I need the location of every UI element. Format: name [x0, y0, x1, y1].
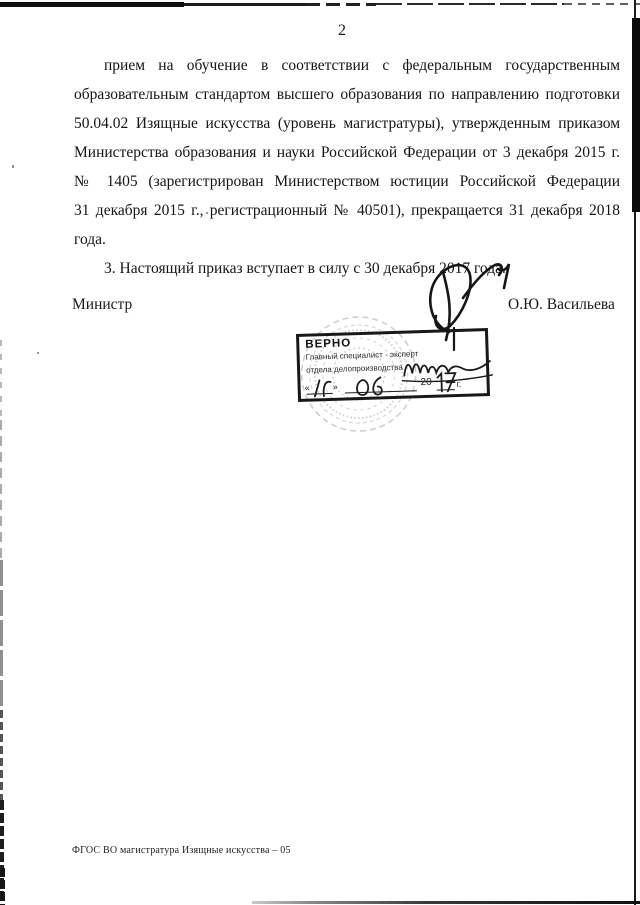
signer-position-title: Министр: [72, 296, 132, 314]
scan-border-bottom: [252, 901, 640, 904]
body-line-text: прием на обучение в соответствии с федер…: [104, 57, 620, 74]
handwritten-month: [352, 374, 387, 397]
body-line: прием на обучение в соответствии с федер…: [74, 51, 620, 80]
body-line: образовательным стандартом высшего образ…: [74, 80, 620, 109]
date-open-quote: «: [305, 383, 310, 393]
stamp-officer-title: отдела делопроизводства: [306, 363, 403, 375]
scan-border-right: [632, 18, 640, 212]
scanned-document-page: 2 прием на обучение в соответствии с фед…: [0, 0, 640, 905]
page-number: 2: [338, 22, 346, 40]
date-century-printed: 20: [420, 377, 431, 388]
stamp-certified-label: ВЕРНО: [305, 337, 351, 350]
scan-border-top: [0, 2, 184, 7]
scan-border-top: [564, 3, 640, 5]
document-body: прием на обучение в соответствии с федер…: [74, 51, 620, 283]
body-paragraph: 3. Настоящий приказ вступает в силу с 30…: [74, 254, 620, 283]
body-line: № 1405 (зарегистрирован Министерством юс…: [74, 167, 620, 196]
handwritten-year: [434, 370, 459, 395]
body-line: 31 декабря 2015 г., регистрационный № 40…: [74, 196, 620, 254]
date-close-quote: »: [333, 382, 338, 392]
scan-border-left: [0, 710, 3, 800]
scan-speck: [37, 352, 39, 354]
scan-border-top: [184, 3, 306, 6]
body-line: 50.04.02 Изящные искусства (уровень маги…: [74, 109, 620, 138]
handwritten-day: [310, 378, 333, 399]
certification-stamp-box: ВЕРНО Главный специалист - эксперт отдел…: [296, 328, 490, 402]
signer-name: О.Ю. Васильева: [508, 296, 615, 314]
scan-border-corner: [0, 868, 5, 905]
scan-border-top: [376, 3, 564, 5]
scan-border-left: [0, 420, 2, 560]
scan-border-top: [306, 3, 376, 6]
body-line: Министерства образования и науки Российс…: [74, 138, 620, 167]
scan-speck: [12, 165, 14, 168]
document-footer-code: ФГОС ВО магистратура Изящные искусства –…: [72, 845, 291, 856]
date-year-suffix: г.: [456, 379, 461, 389]
scan-border-left: [0, 340, 2, 420]
scan-border-left: [0, 560, 3, 710]
